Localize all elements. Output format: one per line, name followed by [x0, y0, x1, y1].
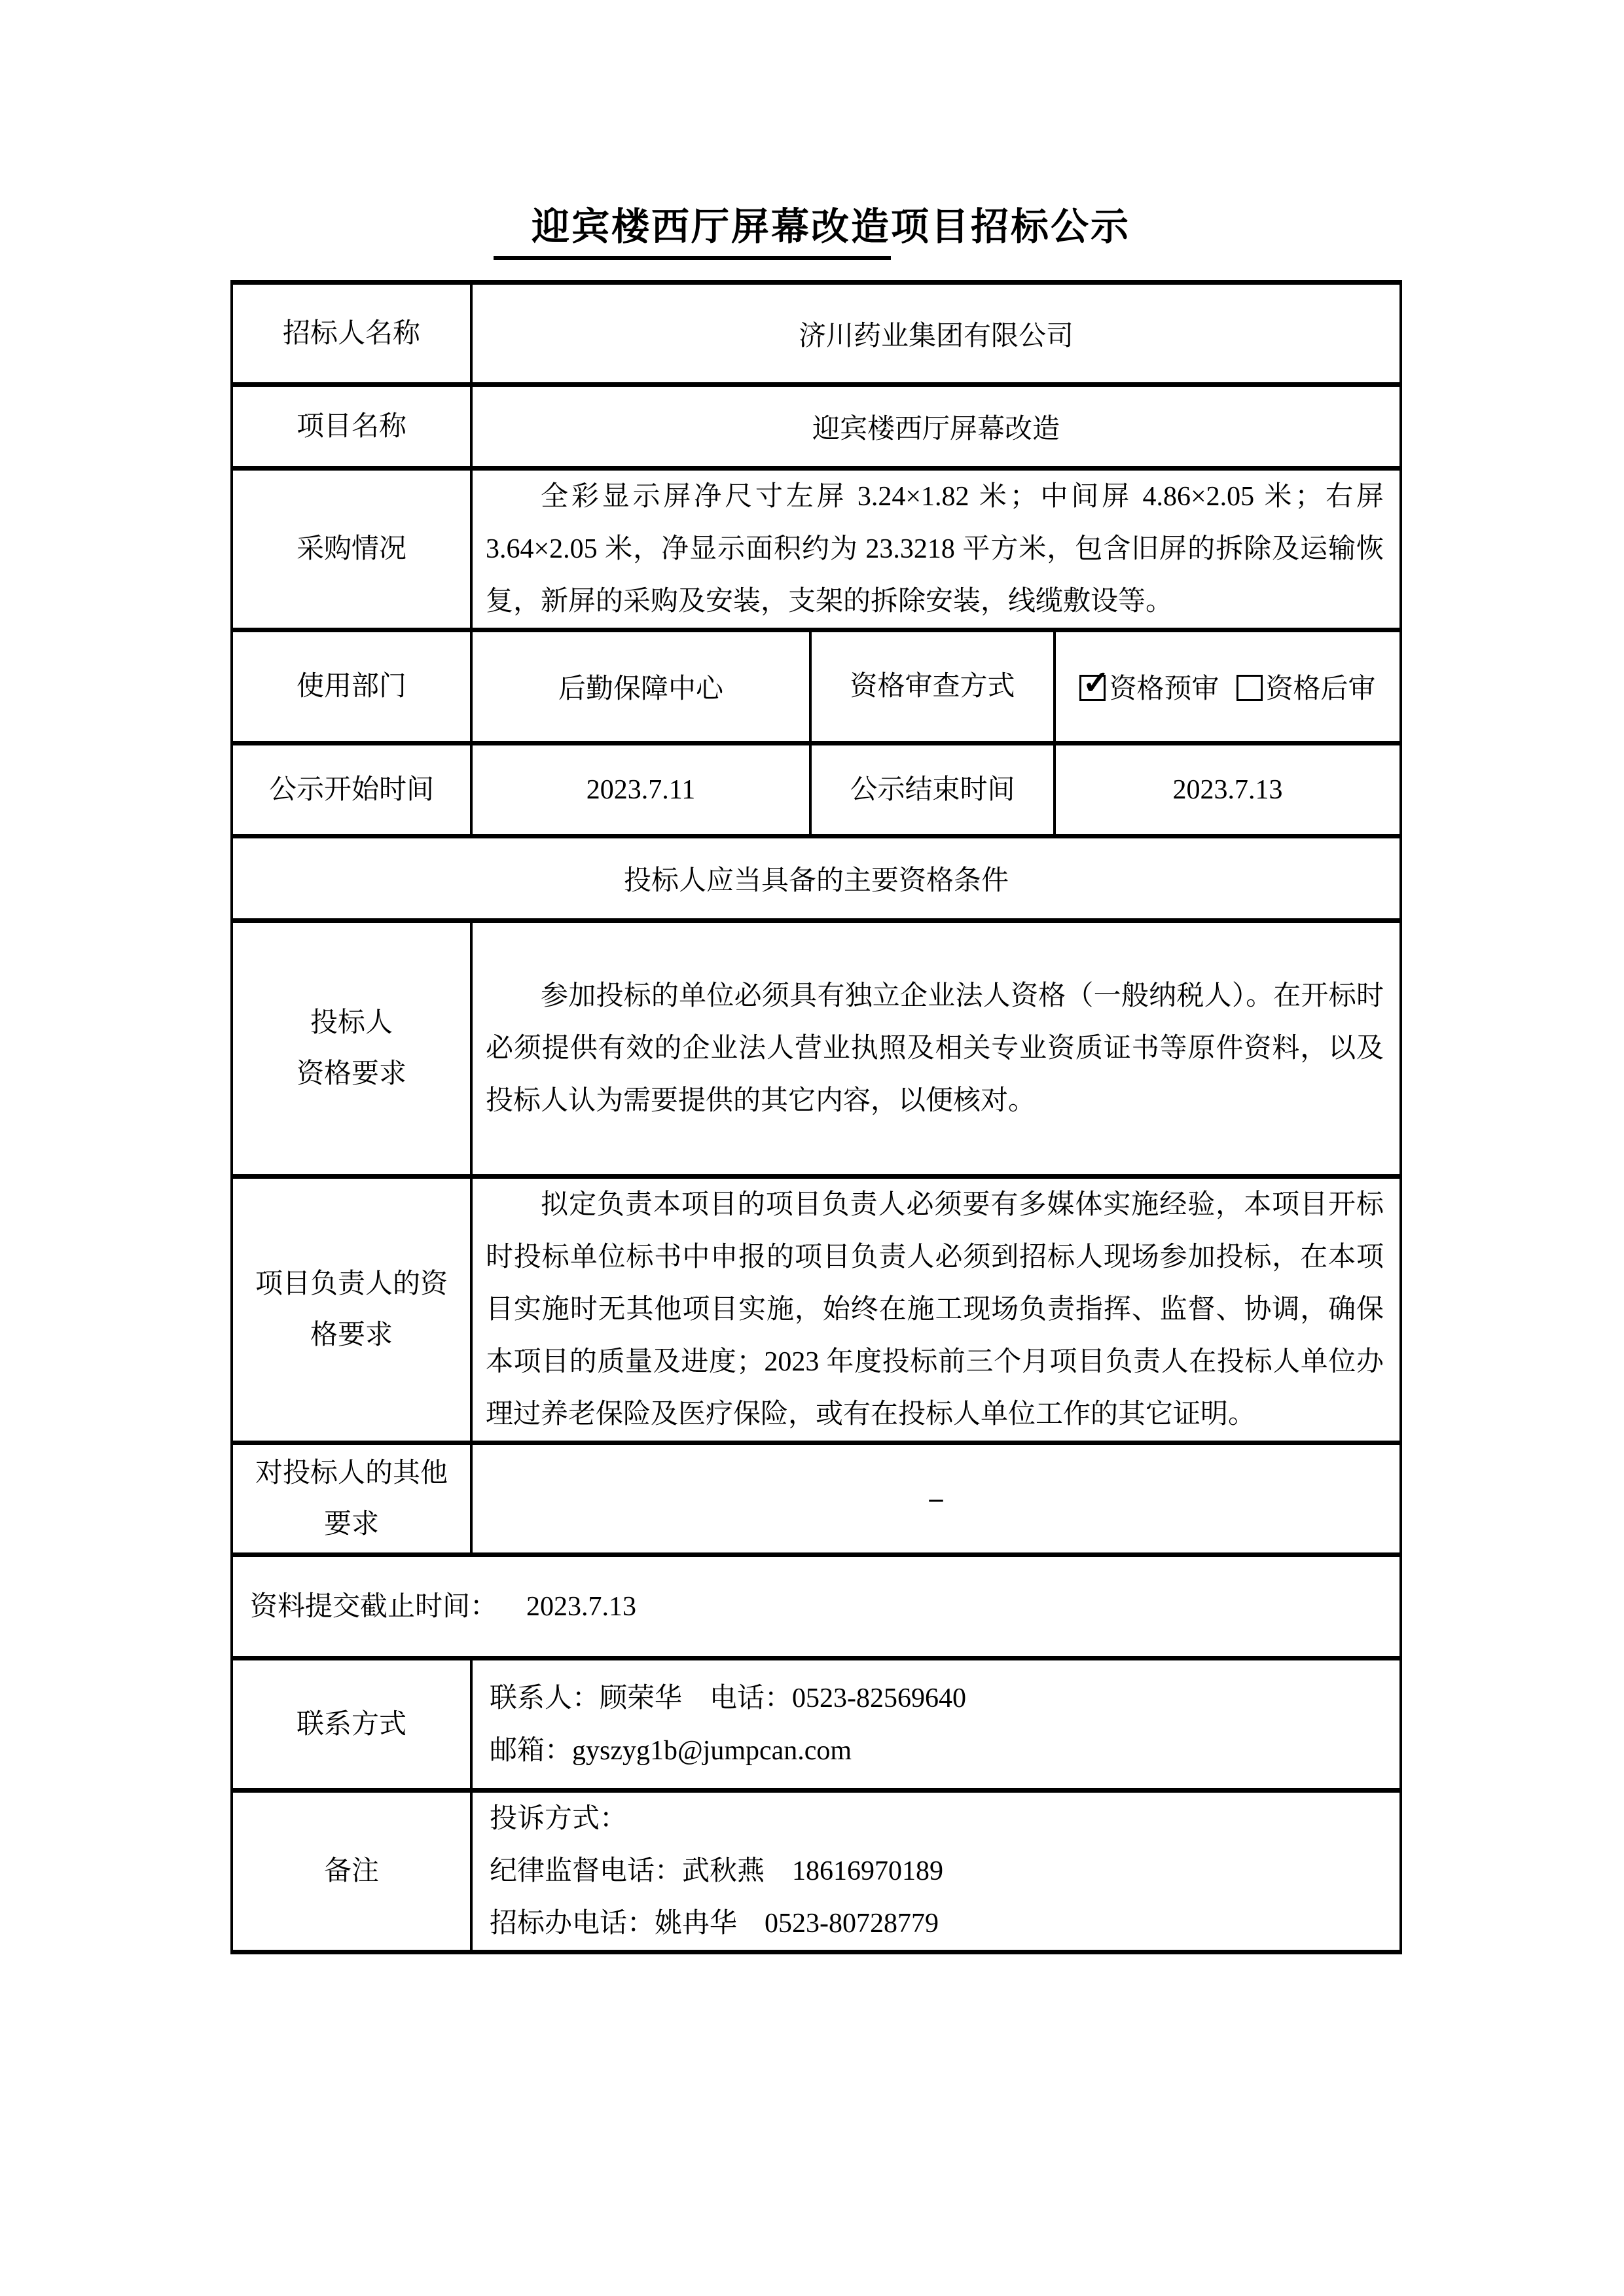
title-rest-text: 项目招标公示	[891, 206, 1130, 248]
project-name-label: 项目名称	[232, 385, 471, 469]
manager-qualification-label: 项目负责人的资 格要求	[232, 1177, 471, 1443]
table-row-qualification-header: 投标人应当具备的主要资格条件	[232, 836, 1401, 921]
contact-person-phone-line: 联系人：顾荣华 电话：0523-82569640	[490, 1672, 1393, 1725]
prequalification-option: ✓资格预审	[1079, 674, 1219, 704]
other-requirements-value: –	[471, 1443, 1401, 1555]
table-row-other-requirements: 对投标人的其他 要求 –	[232, 1443, 1401, 1555]
dash-placeholder: –	[929, 1484, 943, 1514]
manager-qualification-label-line1: 项目负责人的资	[240, 1259, 463, 1310]
contact-label: 联系方式	[232, 1659, 471, 1791]
submission-deadline-label: 资料提交截止时间：	[250, 1592, 497, 1622]
manager-qualification-paragraph: 拟定负责本项目的项目负责人必须要有多媒体实施经验，本项目开标时投标单位标书中申报…	[486, 1179, 1384, 1441]
unchecked-checkbox-icon	[1236, 675, 1263, 701]
table-row-manager-qualification: 项目负责人的资 格要求 拟定负责本项目的项目负责人必须要有多媒体实施经验，本项目…	[232, 1177, 1401, 1443]
table-row-bidder-name: 招标人名称 济川药业集团有限公司	[232, 283, 1401, 385]
manager-qualification-label-line2: 格要求	[240, 1310, 463, 1361]
other-requirements-label: 对投标人的其他 要求	[232, 1443, 471, 1555]
postqualification-option-label: 资格后审	[1266, 674, 1376, 704]
procurement-label: 采购情况	[232, 469, 471, 630]
bidder-qualification-value: 参加投标的单位必须具有独立企业法人资格（一般纳税人）。在开标时必须提供有效的企业…	[471, 921, 1401, 1177]
remarks-label: 备注	[232, 1791, 471, 1952]
publicity-start-label: 公示开始时间	[232, 744, 471, 836]
bid-announcement-table: 招标人名称 济川药业集团有限公司 项目名称 迎宾楼西厅屏幕改造 采购情况 全彩显…	[230, 280, 1402, 1954]
remarks-complaint-line: 投诉方式：	[490, 1793, 1393, 1845]
remarks-bid-office-phone-line: 招标办电话：姚冉华 0523-80728779	[490, 1897, 1393, 1950]
publicity-start-value: 2023.7.11	[471, 744, 810, 836]
using-department-label: 使用部门	[232, 630, 471, 744]
prequalification-option-label: 资格预审	[1109, 674, 1219, 704]
other-requirements-label-line1: 对投标人的其他	[240, 1448, 463, 1499]
contact-email-line: 邮箱：gyszyg1b@jumpcan.com	[490, 1725, 1393, 1777]
procurement-value: 全彩显示屏净尺寸左屏 3.24×1.82 米；中间屏 4.86×2.05 米；右…	[471, 469, 1401, 630]
table-row-submission-deadline: 资料提交截止时间：2023.7.13	[232, 1555, 1401, 1659]
qualification-review-options: ✓资格预审资格后审	[1055, 630, 1401, 744]
manager-qualification-value: 拟定负责本项目的项目负责人必须要有多媒体实施经验，本项目开标时投标单位标书中申报…	[471, 1177, 1401, 1443]
remarks-discipline-phone-line: 纪律监督电话：武秋燕 18616970189	[490, 1845, 1393, 1897]
bidder-qualification-label: 投标人 资格要求	[232, 921, 471, 1177]
table-row-publicity-dates: 公示开始时间 2023.7.11 公示结束时间 2023.7.13	[232, 744, 1401, 836]
submission-deadline-value: 2023.7.13	[526, 1592, 636, 1622]
table-row-procurement: 采购情况 全彩显示屏净尺寸左屏 3.24×1.82 米；中间屏 4.86×2.0…	[232, 469, 1401, 630]
publicity-end-value: 2023.7.13	[1055, 744, 1401, 836]
table-row-contact: 联系方式 联系人：顾荣华 电话：0523-82569640 邮箱：gyszyg1…	[232, 1659, 1401, 1791]
table-row-bidder-qualification: 投标人 资格要求 参加投标的单位必须具有独立企业法人资格（一般纳税人）。在开标时…	[232, 921, 1401, 1177]
bidder-qualification-label-line1: 投标人	[240, 997, 463, 1049]
qualification-header: 投标人应当具备的主要资格条件	[232, 836, 1401, 921]
bidder-name-label: 招标人名称	[232, 283, 471, 385]
table-row-remarks: 备注 投诉方式： 纪律监督电话：武秋燕 18616970189 招标办电话：姚冉…	[232, 1791, 1401, 1952]
bidder-name-value: 济川药业集团有限公司	[471, 283, 1401, 385]
qualification-review-label: 资格审查方式	[810, 630, 1055, 744]
using-department-value: 后勤保障中心	[471, 630, 810, 744]
table-row-project-name: 项目名称 迎宾楼西厅屏幕改造	[232, 385, 1401, 469]
bidder-qualification-label-line2: 资格要求	[240, 1049, 463, 1100]
checked-checkbox-icon: ✓	[1079, 675, 1106, 701]
other-requirements-label-line2: 要求	[240, 1499, 463, 1550]
contact-value: 联系人：顾荣华 电话：0523-82569640 邮箱：gyszyg1b@jum…	[471, 1659, 1401, 1791]
page-title: 迎宾楼西厅屏幕改造项目招标公示	[0, 206, 1624, 249]
bidder-qualification-paragraph: 参加投标的单位必须具有独立企业法人资格（一般纳税人）。在开标时必须提供有效的企业…	[486, 970, 1384, 1127]
project-name-value: 迎宾楼西厅屏幕改造	[471, 385, 1401, 469]
submission-deadline-cell: 资料提交截止时间：2023.7.13	[232, 1555, 1401, 1659]
checkmark-icon: ✓	[1082, 666, 1110, 699]
remarks-value: 投诉方式： 纪律监督电话：武秋燕 18616970189 招标办电话：姚冉华 0…	[471, 1791, 1401, 1952]
procurement-paragraph: 全彩显示屏净尺寸左屏 3.24×1.82 米；中间屏 4.86×2.05 米；右…	[486, 471, 1384, 628]
postqualification-option: 资格后审	[1236, 674, 1376, 704]
table-row-department-review: 使用部门 后勤保障中心 资格审查方式 ✓资格预审资格后审	[232, 630, 1401, 744]
publicity-end-label: 公示结束时间	[810, 744, 1055, 836]
title-underlined-text: 迎宾楼西厅屏幕改造	[494, 206, 891, 260]
